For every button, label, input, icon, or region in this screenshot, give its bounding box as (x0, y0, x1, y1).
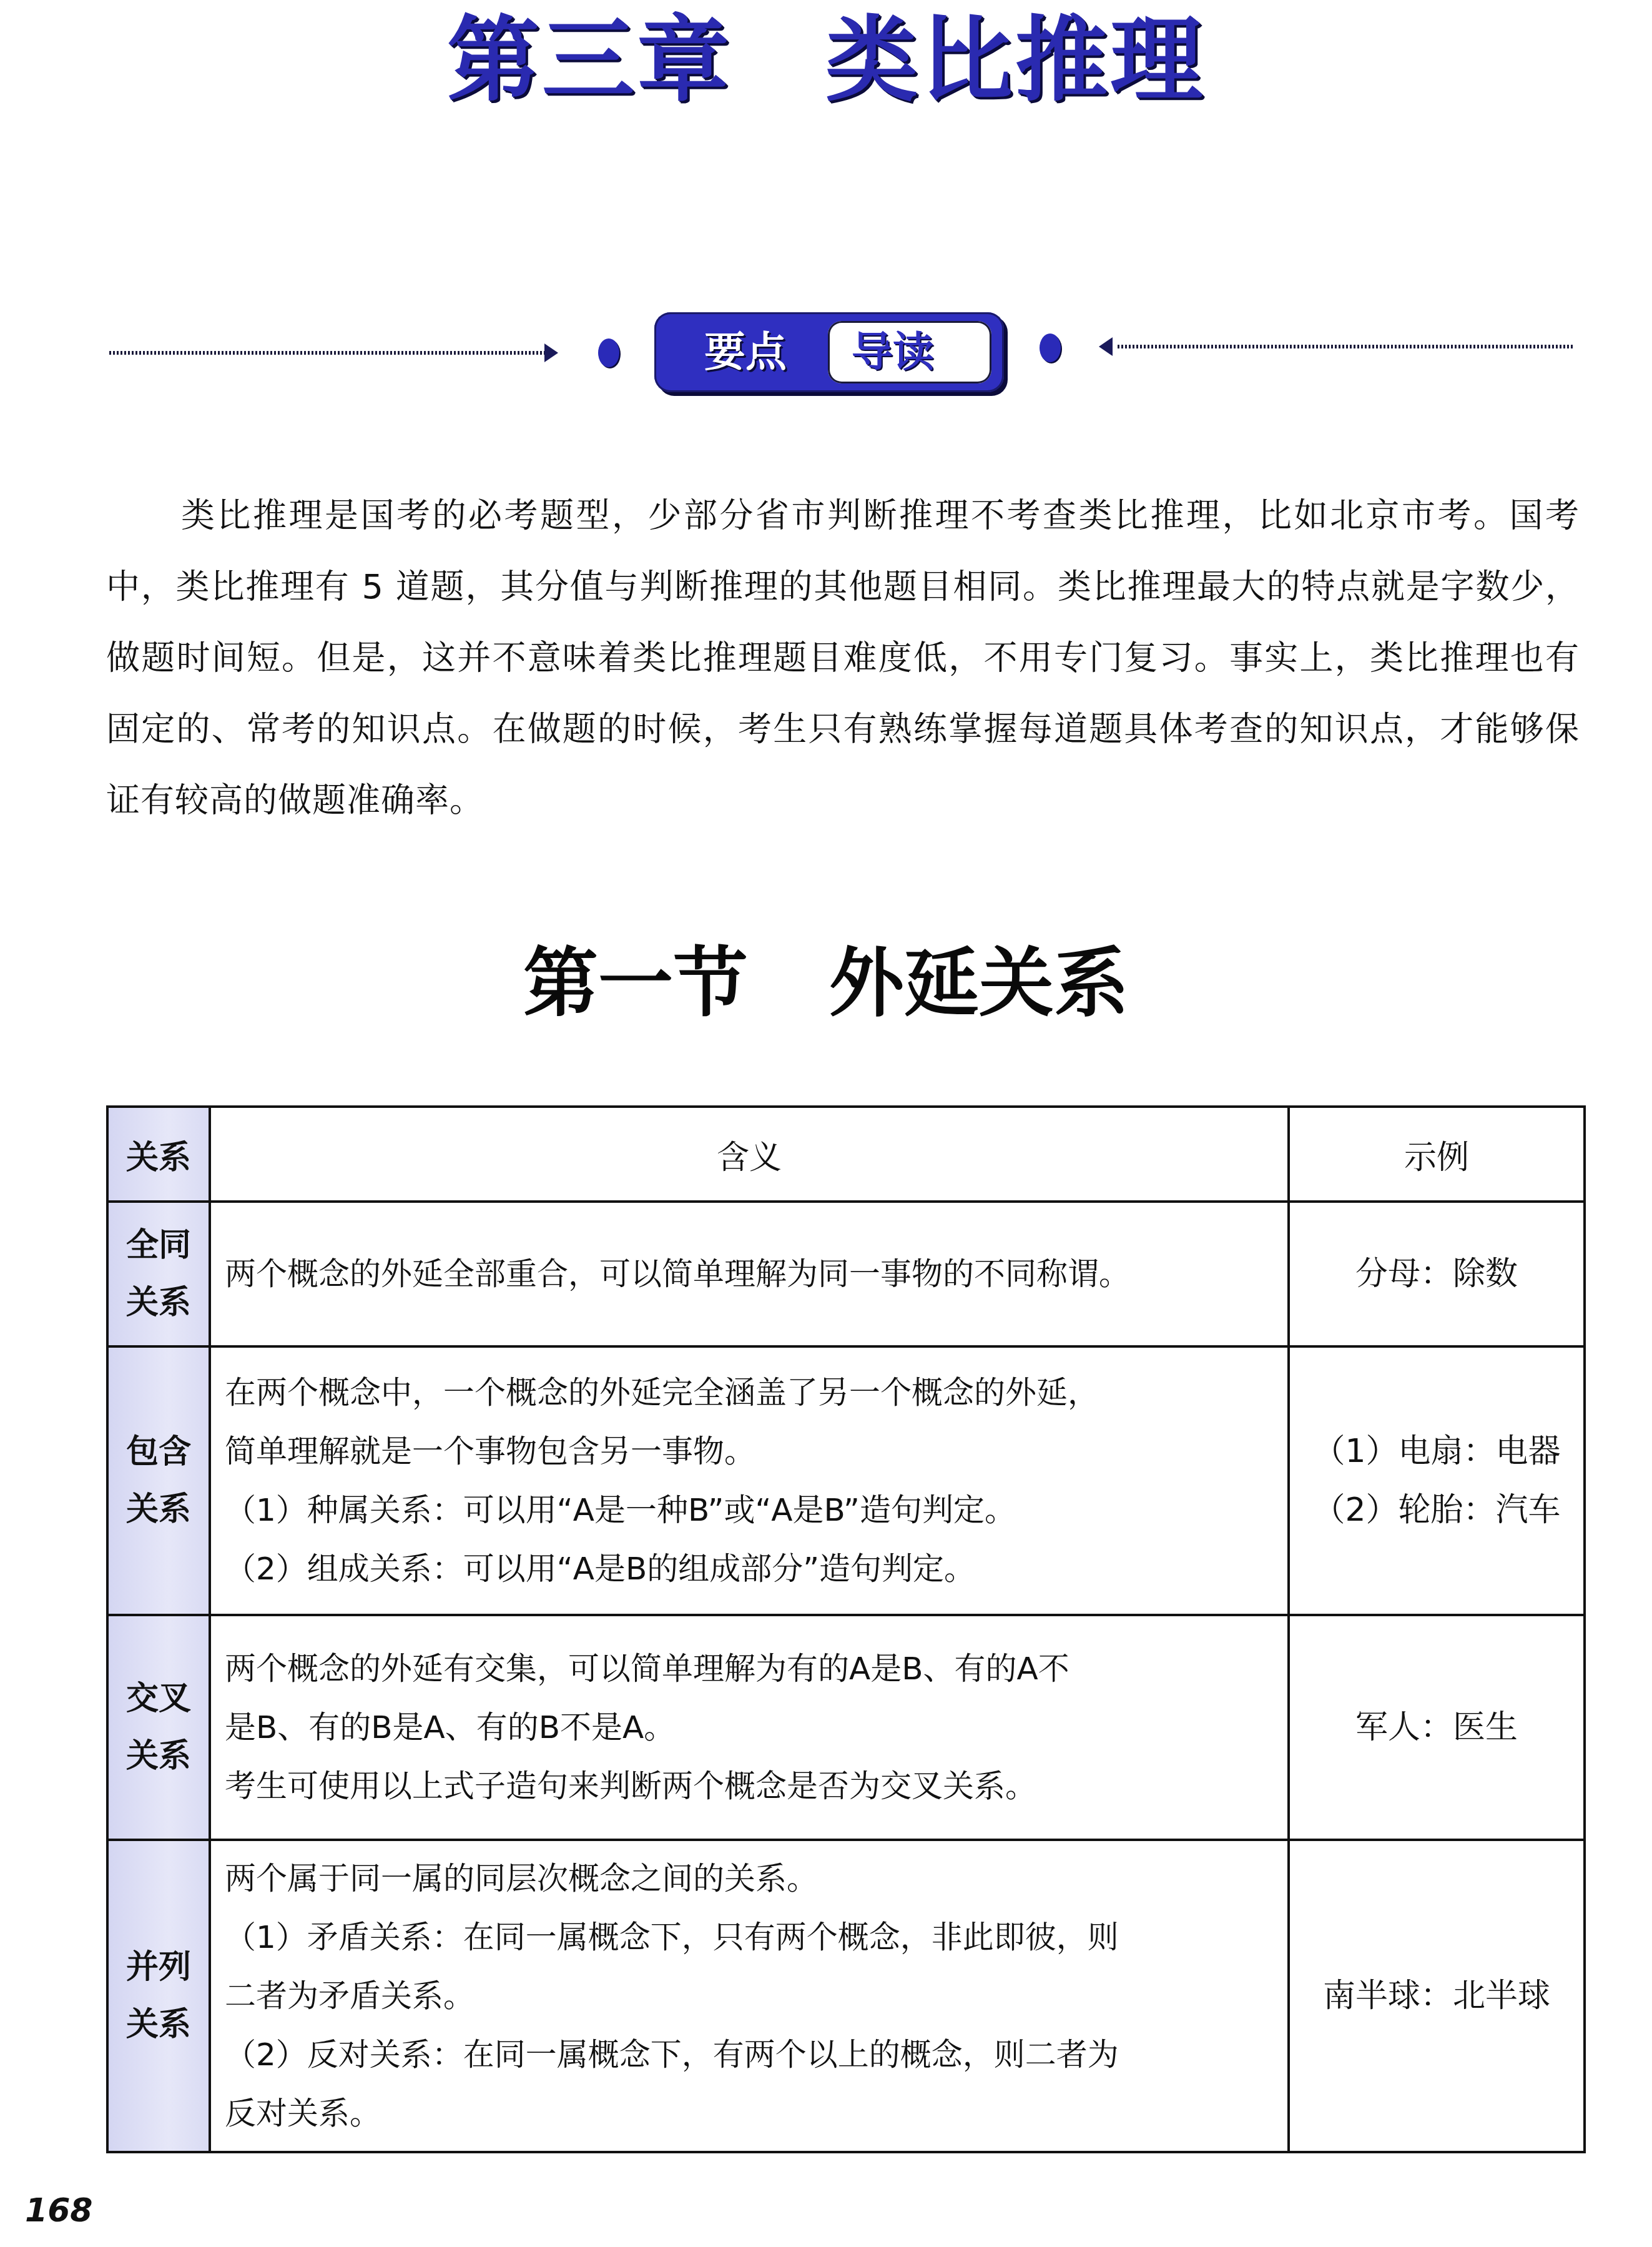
row-label: 并列 关系 (107, 1840, 210, 2152)
row-meaning: 两个属于同一属的同层次概念之间的关系。 （1）矛盾关系：在同一属概念下，只有两个… (210, 1840, 1289, 2152)
badge-right-label: 导读 (852, 326, 934, 378)
row-meaning: 在两个概念中，一个概念的外延完全涵盖了另一个概念的外延， 简单理解就是一个事物包… (210, 1346, 1289, 1615)
intro-paragraph: 类比推理是国考的必考题型，少部分省市判断推理不考查类比推理，比如北京市考。国考中… (106, 480, 1580, 836)
dotted-line-right (1118, 345, 1573, 348)
dot-left-icon (598, 338, 619, 367)
row-example: 军人：医生 (1289, 1615, 1585, 1840)
chapter-number: 第三章 (447, 5, 732, 114)
page-number: 168 (25, 2192, 93, 2230)
section-title: 第一节外延关系 (0, 937, 1652, 1030)
dotted-line-left (109, 351, 546, 355)
table-row-identical: 全同 关系 两个概念的外延全部重合，可以简单理解为同一事物的不同称谓。 分母：除… (107, 1202, 1585, 1346)
arrow-left-icon (1099, 337, 1113, 356)
arrow-right-icon (544, 343, 558, 362)
badge-left-label: 要点 (704, 326, 787, 378)
row-meaning: 两个概念的外延全部重合，可以简单理解为同一事物的不同称谓。 (210, 1202, 1289, 1346)
row-meaning: 两个概念的外延有交集，可以简单理解为有的A是B、有的A不 是B、有的B是A、有的… (210, 1615, 1289, 1840)
row-example: （1）电扇：电器 （2）轮胎：汽车 (1289, 1346, 1585, 1615)
row-example: 分母：除数 (1289, 1202, 1585, 1346)
row-label: 包含 关系 (107, 1346, 210, 1615)
key-points-badge: 要点 导读 (654, 312, 1004, 392)
row-example: 南半球：北半球 (1289, 1840, 1585, 2152)
dot-right-icon (1040, 333, 1061, 362)
relations-table: 关系 含义 示例 全同 关系 两个概念的外延全部重合，可以简单理解为同一事物的不… (106, 1105, 1586, 2153)
header-meaning: 含义 (210, 1107, 1289, 1202)
badge-right-box: 导读 (828, 321, 991, 383)
table-header-row: 关系 含义 示例 (107, 1107, 1585, 1202)
table-row-parallel: 并列 关系 两个属于同一属的同层次概念之间的关系。 （1）矛盾关系：在同一属概念… (107, 1840, 1585, 2152)
chapter-title: 第三章类比推理 (0, 6, 1652, 112)
table-row-intersection: 交叉 关系 两个概念的外延有交集，可以简单理解为有的A是B、有的A不 是B、有的… (107, 1615, 1585, 1840)
section-name: 外延关系 (829, 939, 1129, 1027)
header-relation: 关系 (107, 1107, 210, 1202)
key-points-banner: 要点 导读 (0, 306, 1652, 400)
row-label: 交叉 关系 (107, 1615, 210, 1840)
row-label: 全同 关系 (107, 1202, 210, 1346)
chapter-name: 类比推理 (825, 5, 1205, 114)
section-number: 第一节 (523, 939, 748, 1027)
table-row-inclusion: 包含 关系 在两个概念中，一个概念的外延完全涵盖了另一个概念的外延， 简单理解就… (107, 1346, 1585, 1615)
header-example: 示例 (1289, 1107, 1585, 1202)
